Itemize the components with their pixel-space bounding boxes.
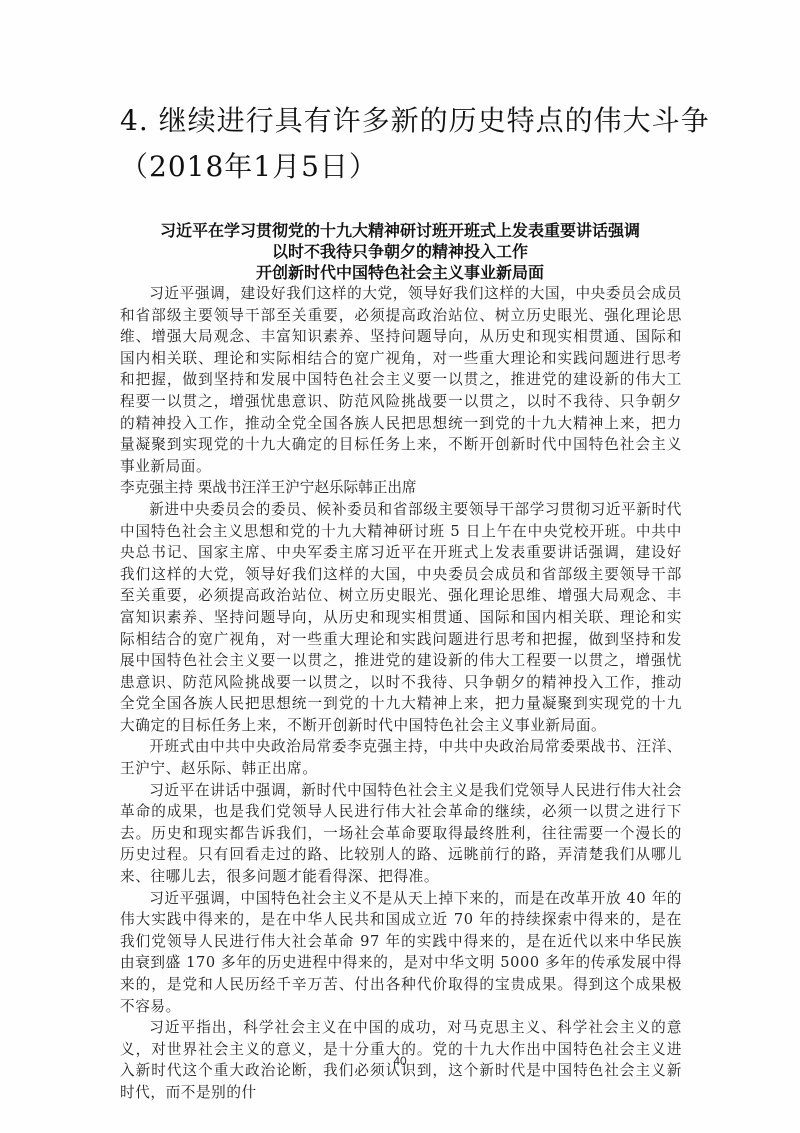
paragraph: 新进中央委员会的委员、候补委员和省部级主要领导干部学习贯彻习近平新时代中国特色社… [120,499,682,737]
headline-line-2: 以时不我待只争朝夕的精神投入工作 [100,241,700,262]
paragraph: 开班式由中共中央政治局常委李克强主持，中共中央政治局常委栗战书、汪洋、王沪宁、赵… [120,736,682,779]
article-body: 习近平强调，建设好我们这样的大党，领导好我们这样的大国，中央委员会成员和省部级主… [120,283,682,1104]
headline-line-3: 开创新时代中国特色社会主义事业新局面 [100,262,700,283]
document-page: 4. 继续进行具有许多新的历史特点的伟大斗争（2018年1月5日） 习近平在学习… [0,0,800,1133]
page-number: 40 [0,1054,800,1068]
paragraph: 习近平在讲话中强调，新时代中国特色社会主义是我们党领导人民进行伟大社会革命的成果… [120,780,682,888]
article-headline: 习近平在学习贯彻党的十九大精神研讨班开班式上发表重要讲话强调 以时不我待只争朝夕… [100,220,700,283]
headline-line-1: 习近平在学习贯彻党的十九大精神研讨班开班式上发表重要讲话强调 [100,220,700,241]
subheadline: 李克强主持 栗战书汪洋王沪宁赵乐际韩正出席 [120,477,682,499]
paragraph: 习近平强调，建设好我们这样的大党，领导好我们这样的大国，中央委员会成员和省部级主… [120,283,682,477]
section-title: 4. 继续进行具有许多新的历史特点的伟大斗争（2018年1月5日） [120,98,720,190]
paragraph: 习近平强调，中国特色社会主义不是从天上掉下来的，而是在改革开放 40 年的伟大实… [120,888,682,1018]
